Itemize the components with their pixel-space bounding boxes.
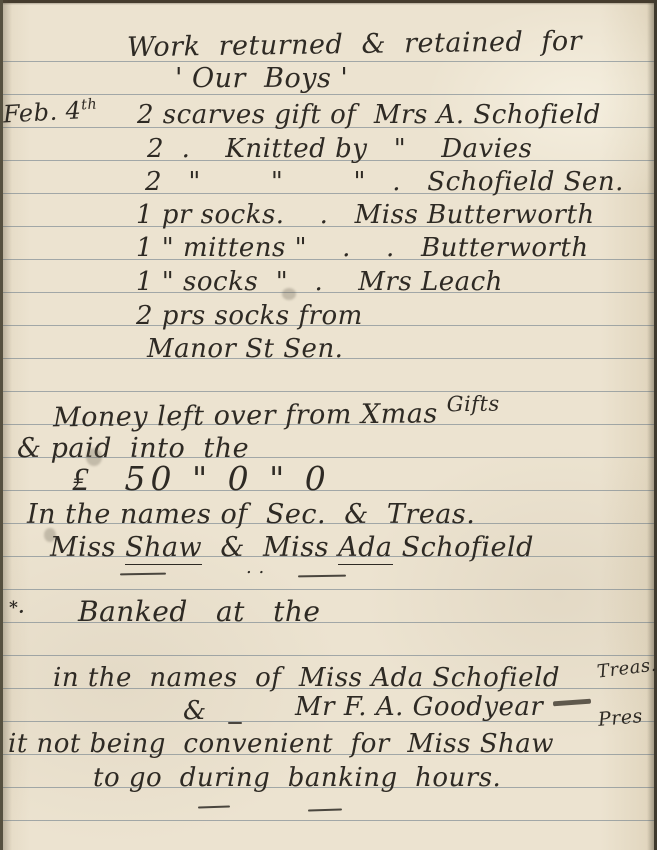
bank-names-line4: to go during banking hours.: [93, 764, 501, 793]
entry-date-main: Feb. 4: [2, 96, 82, 128]
officer-name-shaw: Shaw: [125, 532, 202, 565]
ink-smudge: [282, 288, 296, 300]
header-line2: ' Our Boys ': [175, 64, 348, 94]
entry-row: 1 " mittens " . . Butterworth: [136, 234, 589, 263]
entry-row: 1 " socks " . Mrs Leach: [136, 268, 503, 297]
ink-smudge: [86, 448, 102, 466]
banked-line: Banked at the: [78, 597, 320, 628]
page-edge-right: [647, 0, 657, 850]
ink-smudge: [44, 528, 56, 542]
entry-row: 1 pr socks. . Miss Butterworth: [136, 201, 595, 230]
officers-mid: & Miss: [202, 532, 338, 563]
small-dash: [228, 722, 242, 724]
money-line3: In the names of Sec. & Treas.: [27, 500, 475, 530]
bank-names-line1: in the names of Miss Ada Schofield: [53, 664, 560, 693]
crossed-out-smudge: [553, 699, 591, 707]
entry-row: 2 . Knitted by " Davies: [147, 135, 532, 164]
money-line1: Money left over from Xmas Gifts: [53, 399, 500, 433]
emphasis-dash: [198, 805, 230, 808]
officers-names: Miss Shaw & Miss Ada Schofield: [50, 533, 534, 563]
officers-pre: Miss: [50, 532, 125, 563]
margin-asterisk-mark: *.: [9, 599, 25, 618]
bank-names-line2: Mr F. A. Goodyear: [295, 693, 543, 722]
notebook-page: Work returned & retained for ' Our Boys …: [0, 0, 657, 850]
emphasis-dash: [308, 808, 342, 811]
page-edge-top: [0, 0, 657, 5]
money-line1-gifts: Gifts: [447, 392, 500, 417]
money-line1-main: Money left over from Xmas: [53, 398, 447, 433]
entry-row: 2 scarves gift of Mrs A. Schofield: [137, 101, 601, 130]
emphasis-dash: [120, 573, 166, 576]
officer-name-ada: Ada: [338, 532, 392, 565]
ampersand: &: [183, 697, 207, 726]
bank-names-line3: it not being convenient for Miss Shaw: [8, 730, 554, 759]
entry-row: 2 " " " . Schofield Sen.: [145, 168, 624, 197]
entry-row: Manor St Sen.: [147, 335, 343, 364]
entry-date-suffix: th: [81, 97, 98, 114]
header-line1: Work returned & retained for: [127, 27, 582, 63]
entry-row: 2 prs socks from: [136, 302, 363, 331]
emphasis-dash: [298, 575, 346, 578]
emphasis-dots: . .: [246, 558, 265, 578]
entry-date: Feb. 4th: [2, 97, 98, 128]
role-note-pres: Pres: [597, 706, 644, 731]
officers-post: Schofield: [393, 532, 534, 563]
money-amount: ₤ 50 " 0 " 0: [72, 461, 331, 497]
